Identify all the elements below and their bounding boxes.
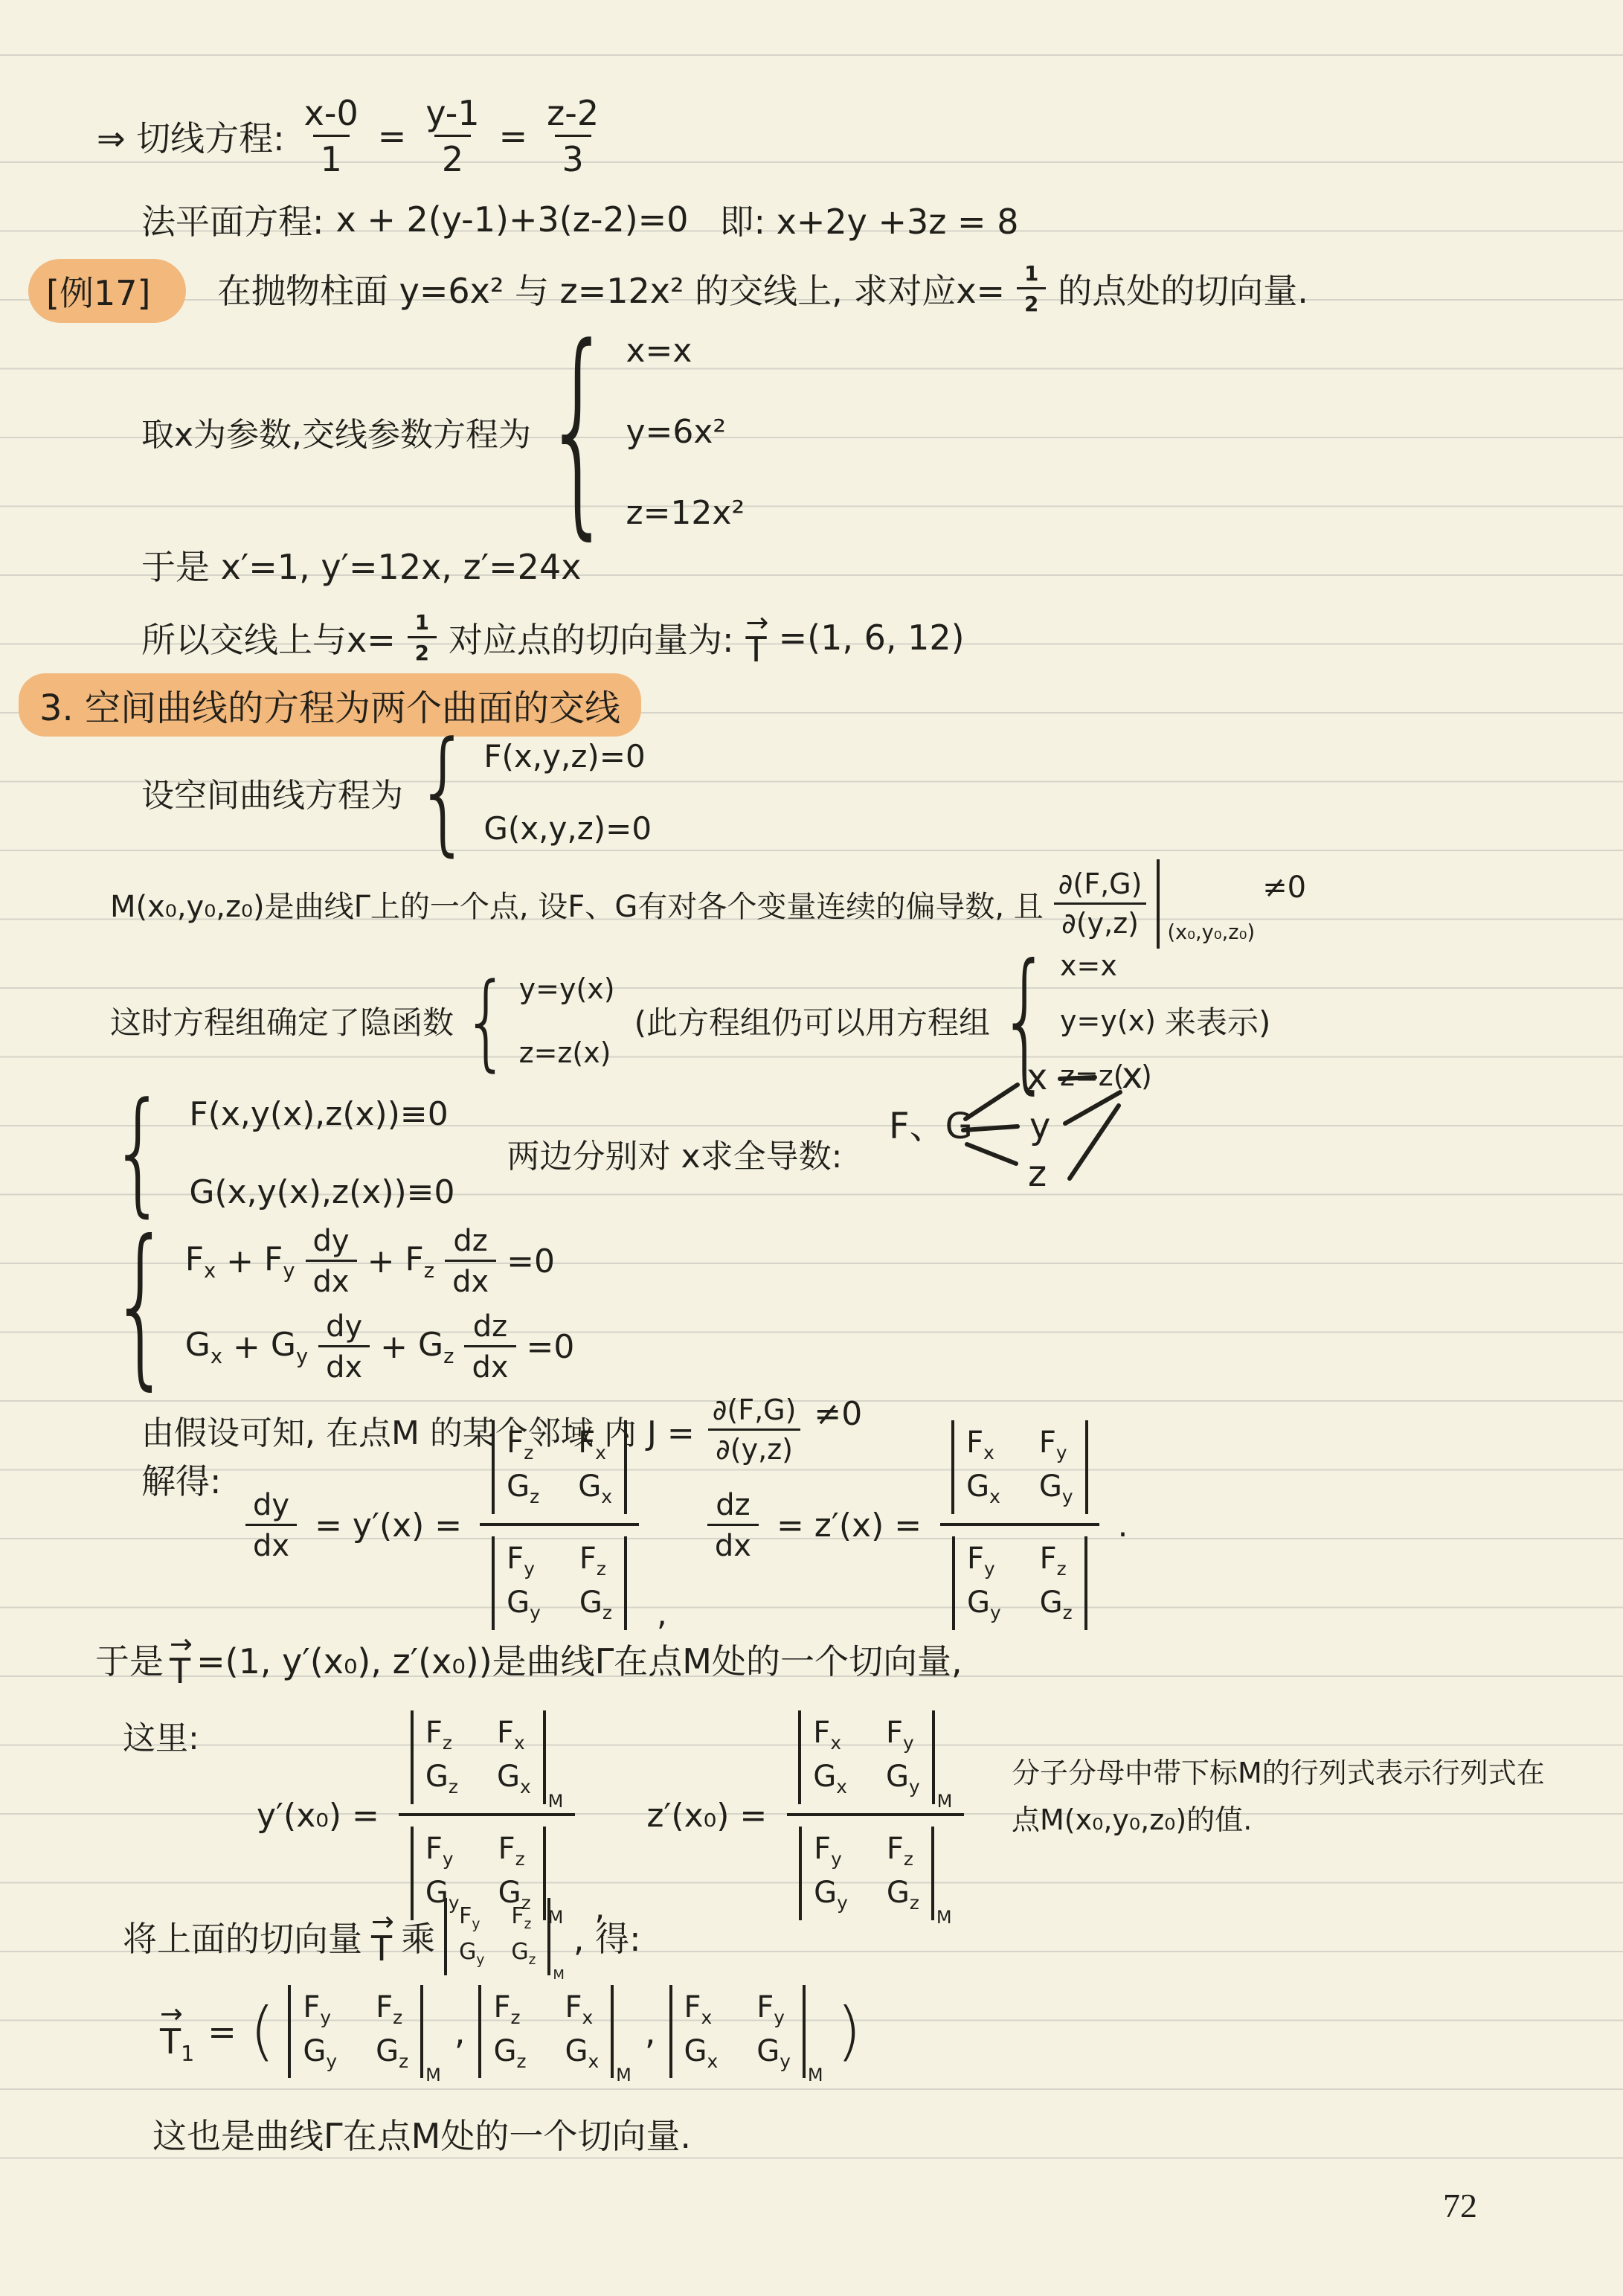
closing-line: 这也是曲线Γ在点M处的一个切向量. — [152, 2109, 691, 2158]
curve-row: G(x,y,z)=0 — [483, 810, 652, 847]
here-determinants: y′(x₀) = FzFxGzGx M FyFzGyGz M , z′(x₀) … — [257, 1704, 964, 1927]
derivative-row-F: Fx + Fy dydx + Fz dzdx =0 — [185, 1224, 575, 1299]
left-brace: { — [415, 736, 472, 850]
subscript-M: M — [548, 1791, 564, 1812]
equals-sign: = — [499, 116, 528, 156]
vector-arrow: → — [160, 1998, 181, 2030]
dy-dx-fraction: dydx — [318, 1309, 370, 1385]
notebook-page: ⇒ 切线方程: x-01 = y-12 = z-23 法平面方程: x + 2(… — [0, 0, 1623, 2296]
diagram-x-label: x — [1026, 1056, 1047, 1098]
solve-label: 解得: — [141, 1455, 222, 1504]
derivative-line: 于是 x′=1, y′=12x, z′=24x — [141, 540, 581, 589]
here-label: 这里: — [123, 1711, 199, 1759]
normal-plane-label: 法平面方程: — [141, 195, 324, 244]
derivative-rows: Fx + Fy dydx + Fz dzdx =0 Gx + Gy dydx +… — [185, 1224, 575, 1385]
identity-rows: F(x,y(x),z(x))≡0 G(x,y(x),z(x))≡0 — [189, 1095, 454, 1211]
margin-note: 分子分母中带下标M的行列式表示行列式在 点M(x₀,y₀,z₀)的值. — [1012, 1750, 1592, 1843]
F-y: Fy — [264, 1240, 295, 1283]
det-fraction: FzFxGzGx M FyFzGyGz M — [399, 1710, 575, 1920]
subscript-M: M — [616, 2065, 631, 2085]
close-paren: ) — [837, 2006, 862, 2057]
tangent-vector-line: 所以交线上与x= 12 对应点的切向量为: →T =(1, 6, 12) — [141, 604, 965, 671]
G-x: Gx — [185, 1326, 222, 1368]
det-fraction: FxFy GxGy FyFz GyGz — [939, 1420, 1099, 1629]
F-x: Fx — [185, 1240, 216, 1283]
tangent-vector-at-M: 于是 →T =(1, y′(x₀), z′(x₀))是曲线Γ在点M处的一个切向量… — [95, 1626, 962, 1693]
left-brace: { — [543, 337, 614, 527]
vector-T1: →T1 — [160, 2021, 194, 2066]
total-derivative-note: 两边分别对 x求全导数: — [507, 1129, 843, 1177]
dz-dx-fraction: dzdx — [707, 1488, 759, 1563]
chain-rule-diagram: F、G x y z x — [848, 1051, 1198, 1222]
identity-system: { F(x,y(x),z(x))≡0 G(x,y(x),z(x))≡0 两边分别… — [110, 1075, 842, 1231]
dy-dx-fraction: dydx — [245, 1488, 297, 1563]
branch-to-z — [967, 1144, 1016, 1164]
example-17-tag: [例17] — [46, 266, 150, 315]
derivative-system: { Fx + Fy dydx + Fz dzdx =0 Gx + Gy dydx… — [110, 1219, 574, 1390]
derivative-row-G: Gx + Gy dydx + Gz dzdx =0 — [185, 1309, 575, 1385]
normal-plane-expression: x + 2(y-1)+3(z-2)=0 — [336, 199, 689, 240]
left-brace: { — [110, 1231, 172, 1379]
param-row: z=12x² — [626, 494, 745, 532]
tangent-line-label: ⇒ 切线方程: — [97, 112, 285, 161]
param-row: y=6x² — [626, 413, 745, 451]
curve-system: 设空间曲线方程为 { F(x,y,z)=0 G(x,y,z)=0 — [141, 725, 652, 859]
G-y: Gy — [271, 1326, 308, 1368]
half-fraction: 12 — [1017, 262, 1046, 315]
dy-dx-fraction: dydx — [306, 1224, 357, 1299]
determinant-at-M: FzFxGzGx M — [478, 1985, 631, 2079]
evaluation-point: (x₀,y₀,z₀) — [1167, 921, 1255, 944]
determinant-at-M: FyFzGyGz M — [288, 1985, 440, 2079]
diagram-x2-label: x — [1122, 1055, 1142, 1097]
curve-system-rows: F(x,y,z)=0 G(x,y,z)=0 — [483, 738, 652, 847]
subscript-M: M — [937, 1791, 953, 1812]
left-brace: { — [463, 977, 510, 1065]
vector-T: →T — [745, 629, 766, 670]
evaluation-bar — [1157, 859, 1160, 949]
solve-result: dydx = y′(x) = FzFx GzGx FyFz GyGz , dzd… — [245, 1417, 1128, 1633]
jacobian-fraction: ∂(F,G)∂(y,z) — [1051, 868, 1150, 940]
dz-dx-fraction: dzdx — [445, 1224, 496, 1299]
fraction-y: y-12 — [418, 94, 486, 179]
fraction-z: z-23 — [539, 94, 606, 179]
determinant-at-M: FyFzGyGz M — [799, 1827, 951, 1920]
multiply-line: 将上面的切向量 →T 乘 FyFzGyGz M , 得: — [123, 1896, 641, 1978]
diagram-y-label: y — [1029, 1106, 1050, 1147]
dz-dx-fraction: dzdx — [464, 1309, 515, 1385]
parametric-rows: x=x y=6x² z=12x² — [626, 332, 745, 532]
determinant: FyFz GyGz — [952, 1536, 1087, 1630]
vector-T: →T — [170, 1651, 190, 1691]
vector-T: →T — [371, 1928, 392, 1969]
vector-arrow: → — [371, 1905, 393, 1937]
left-brace: { — [110, 1097, 167, 1210]
determinant: FxFy GxGy — [951, 1420, 1087, 1514]
fraction-x: x-01 — [297, 94, 366, 179]
determinant-at-M: FxFyGxGy M — [798, 1710, 952, 1804]
det-fraction: FzFx GzGx FyFz GyGz — [480, 1420, 639, 1629]
parametric-label: 取x为参数,交线参数方程为 — [141, 408, 531, 455]
tangent-line-equation: ⇒ 切线方程: x-01 = y-12 = z-23 — [97, 80, 606, 192]
curve-row: F(x,y,z)=0 — [483, 738, 652, 775]
subscript-M: M — [936, 1907, 952, 1928]
half-fraction: 12 — [408, 611, 437, 664]
determinant: FzFx GzGx — [492, 1420, 627, 1514]
example-17-text: 在抛物柱面 y=6x² 与 z=12x² 的交线上, 求对应x= 12 的点处的… — [217, 262, 1308, 315]
normal-plane-equation: 法平面方程: x + 2(y-1)+3(z-2)=0 即: x+2y +3z =… — [141, 195, 1019, 244]
page-number: 72 — [1443, 2186, 1477, 2225]
determinant-at-M: FzFxGzGx M — [411, 1710, 563, 1804]
parametric-system: 取x为参数,交线参数方程为 { x=x y=6x² z=12x² — [141, 320, 745, 543]
det-fraction: FxFyGxGy M FyFzGyGz M — [786, 1710, 964, 1920]
diagram-fg-label: F、G — [889, 1106, 973, 1147]
x-to-x-dash — [1060, 1077, 1095, 1079]
subscript-M: M — [425, 2065, 441, 2085]
equals-sign: = — [378, 116, 407, 156]
branch-to-x — [965, 1085, 1018, 1119]
F-z: Fz — [405, 1240, 434, 1283]
determinant-at-M: FyFzGyGz M — [444, 1898, 565, 1975]
not-equal-zero: ≠0 — [1262, 870, 1306, 905]
ruled-line-top — [0, 54, 1623, 56]
vector-arrow: → — [745, 606, 767, 638]
implicit-rows: y=y(x) z=z(x) — [519, 972, 615, 1069]
param-row: x=x — [626, 332, 745, 370]
subscript-M: M — [808, 2065, 823, 2085]
diagram-z-label: z — [1028, 1153, 1047, 1195]
G-z: Gz — [418, 1326, 454, 1368]
section-3-title: 3. 空间曲线的方程为两个曲面的交线 — [39, 687, 620, 729]
vector-arrow: → — [170, 1628, 191, 1660]
normal-plane-simplified: 即: x+2y +3z = 8 — [719, 195, 1018, 244]
t1-vector: →T1 = ( FyFzGyGz M , FzFxGzGx M , FxFyGx… — [160, 1970, 861, 2093]
open-paren: ( — [250, 2006, 275, 2057]
m-point-condition: M(x₀,y₀,z₀)是曲线Γ上的一个点, 设F、G有对各个变量连续的偏导数, … — [110, 856, 1306, 952]
determinant-at-M: FxFyGxGy M — [669, 1985, 823, 2079]
determinant: FyFz GyGz — [492, 1536, 627, 1630]
curve-system-label: 设空间曲线方程为 — [141, 769, 403, 816]
